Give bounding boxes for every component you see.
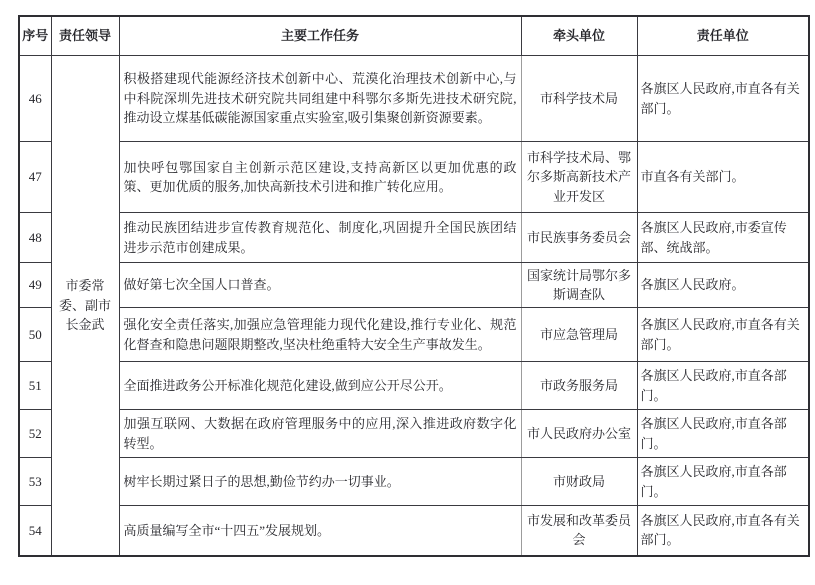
table-row: 48 推动民族团结进步宣传教育规范化、制度化,巩固提升全国民族团结进步示范市创建…: [19, 213, 809, 263]
lead-unit-cell: 市科学技术局: [521, 56, 637, 142]
task-cell: 做好第七次全国人口普查。: [119, 263, 521, 308]
row-number: 49: [19, 263, 51, 308]
document-page: 序号 责任领导 主要工作任务 牵头单位 责任单位 46 市委常委、副市长金武 积…: [0, 0, 815, 585]
resp-unit-cell: 各旗区人民政府。: [637, 263, 809, 308]
header-no: 序号: [19, 16, 51, 56]
table-row: 50 强化安全责任落实,加强应急管理能力现代化建设,推行专业化、规范化督查和隐患…: [19, 308, 809, 362]
table-row: 52 加强互联网、大数据在政府管理服务中的应用,深入推进政府数字化转型。 市人民…: [19, 410, 809, 458]
lead-unit-cell: 市民族事务委员会: [521, 213, 637, 263]
table-row: 49 做好第七次全国人口普查。 国家统计局鄂尔多斯调查队 各旗区人民政府。: [19, 263, 809, 308]
resp-unit-cell: 各旗区人民政府,市直各部门。: [637, 362, 809, 410]
lead-unit-cell: 国家统计局鄂尔多斯调查队: [521, 263, 637, 308]
row-number: 51: [19, 362, 51, 410]
resp-unit-cell: 各旗区人民政府,市直各部门。: [637, 410, 809, 458]
resp-unit-cell: 各旗区人民政府,市直各有关部门。: [637, 506, 809, 556]
table-header-row: 序号 责任领导 主要工作任务 牵头单位 责任单位: [19, 16, 809, 56]
task-cell: 积极搭建现代能源经济技术创新中心、荒漠化治理技术创新中心,与中科院深圳先进技术研…: [119, 56, 521, 142]
table-row: 54 高质量编写全市“十四五”发展规划。 市发展和改革委员会 各旗区人民政府,市…: [19, 506, 809, 556]
header-lead-unit: 牵头单位: [521, 16, 637, 56]
resp-unit-cell: 各旗区人民政府,市直各有关部门。: [637, 308, 809, 362]
row-number: 46: [19, 56, 51, 142]
row-number: 53: [19, 458, 51, 506]
row-number: 54: [19, 506, 51, 556]
lead-unit-cell: 市人民政府办公室: [521, 410, 637, 458]
lead-unit-cell: 市应急管理局: [521, 308, 637, 362]
row-number: 48: [19, 213, 51, 263]
resp-unit-cell: 各旗区人民政府,市委宣传部、统战部。: [637, 213, 809, 263]
task-cell: 强化安全责任落实,加强应急管理能力现代化建设,推行专业化、规范化督查和隐患问题限…: [119, 308, 521, 362]
lead-unit-cell: 市发展和改革委员会: [521, 506, 637, 556]
table-row: 47 加快呼包鄂国家自主创新示范区建设,支持高新区以更加优惠的政策、更加优质的服…: [19, 142, 809, 213]
lead-unit-cell: 市财政局: [521, 458, 637, 506]
table-row: 46 市委常委、副市长金武 积极搭建现代能源经济技术创新中心、荒漠化治理技术创新…: [19, 56, 809, 142]
task-cell: 高质量编写全市“十四五”发展规划。: [119, 506, 521, 556]
task-cell: 推动民族团结进步宣传教育规范化、制度化,巩固提升全国民族团结进步示范市创建成果。: [119, 213, 521, 263]
row-number: 47: [19, 142, 51, 213]
row-number: 50: [19, 308, 51, 362]
resp-unit-cell: 各旗区人民政府,市直各部门。: [637, 458, 809, 506]
resp-unit-cell: 各旗区人民政府,市直各有关部门。: [637, 56, 809, 142]
lead-unit-cell: 市科学技术局、鄂尔多斯高新技术产业开发区: [521, 142, 637, 213]
lead-unit-cell: 市政务服务局: [521, 362, 637, 410]
task-cell: 树牢长期过紧日子的思想,勤俭节约办一切事业。: [119, 458, 521, 506]
table-row: 51 全面推进政务公开标准化规范化建设,做到应公开尽公开。 市政务服务局 各旗区…: [19, 362, 809, 410]
resp-unit-cell: 市直各有关部门。: [637, 142, 809, 213]
row-number: 52: [19, 410, 51, 458]
task-cell: 加强互联网、大数据在政府管理服务中的应用,深入推进政府数字化转型。: [119, 410, 521, 458]
work-task-table: 序号 责任领导 主要工作任务 牵头单位 责任单位 46 市委常委、副市长金武 积…: [18, 15, 810, 557]
task-cell: 加快呼包鄂国家自主创新示范区建设,支持高新区以更加优惠的政策、更加优质的服务,加…: [119, 142, 521, 213]
table-row: 53 树牢长期过紧日子的思想,勤俭节约办一切事业。 市财政局 各旗区人民政府,市…: [19, 458, 809, 506]
header-resp-unit: 责任单位: [637, 16, 809, 56]
task-cell: 全面推进政务公开标准化规范化建设,做到应公开尽公开。: [119, 362, 521, 410]
header-task: 主要工作任务: [119, 16, 521, 56]
leader-merged-cell: 市委常委、副市长金武: [51, 56, 119, 556]
header-leader: 责任领导: [51, 16, 119, 56]
